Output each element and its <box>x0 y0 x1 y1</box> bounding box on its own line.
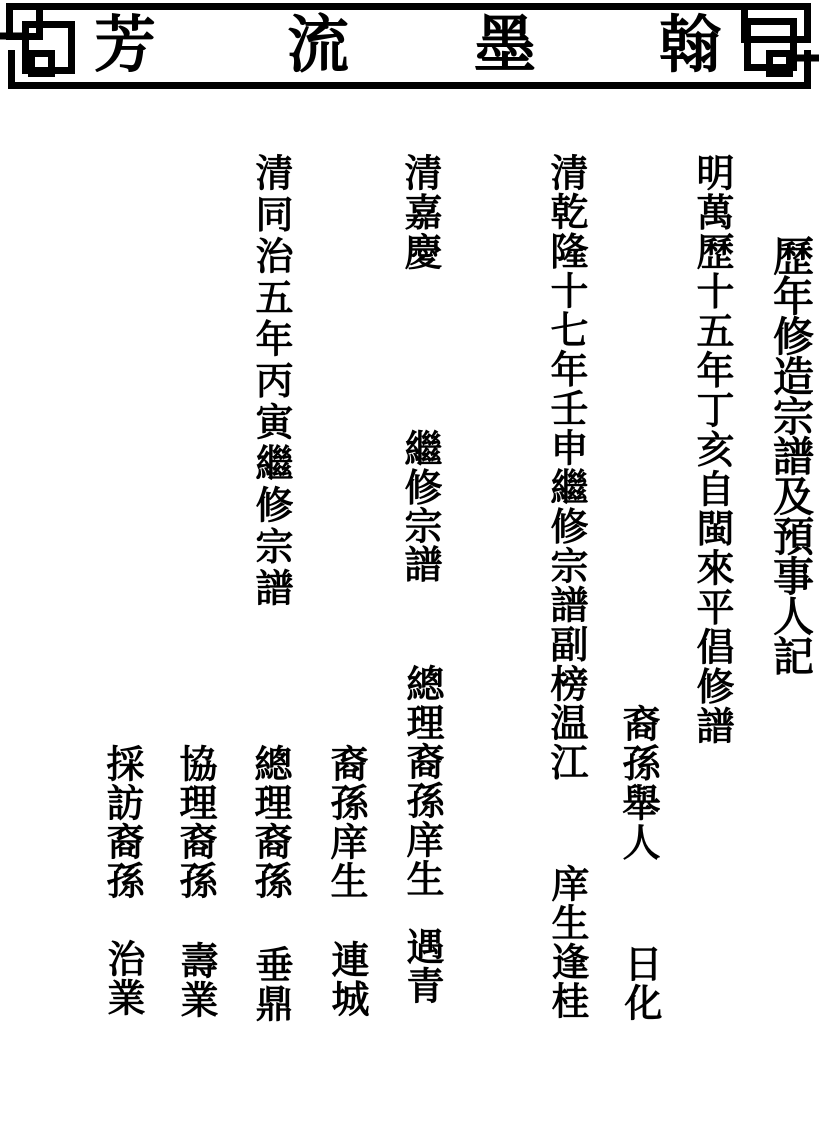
entry4-person1-role-column: 裔孫庠生 <box>318 744 373 900</box>
entry3-era-head-column: 清嘉慶 <box>392 153 447 272</box>
entry3-name-column: 遇青 <box>394 927 449 1005</box>
entry4-person2-name-column: 垂鼎 <box>243 945 298 1023</box>
entry2-era-column: 清乾隆十七年壬申繼修宗譜副榜温江 <box>538 153 593 782</box>
genealogy-page: 芳 流 墨 翰 歷年修造宗譜及預事人記 明萬歷十五年丁亥自閩來平倡修譜 裔孫舉人… <box>0 0 819 1147</box>
entry3-role-column: 總理裔孫庠生 <box>394 664 449 898</box>
entry1-name-column: 日化 <box>612 944 667 1022</box>
entry4-person4-role-column: 採訪裔孫 <box>94 744 149 900</box>
entry4-era-column: 清同治五年丙寅繼修宗譜 <box>243 153 298 610</box>
entry4-person4-name-column: 治業 <box>95 939 150 1017</box>
banner-char-mo: 墨 <box>474 10 536 82</box>
entry4-person3-name-column: 壽業 <box>168 941 223 1019</box>
entry3-era-cont-column: 繼修宗譜 <box>392 429 447 583</box>
banner-char-han: 翰 <box>659 10 721 82</box>
banner-char-fang: 芳 <box>94 10 156 82</box>
entry1-role-column: 裔孫舉人 <box>610 704 665 862</box>
section-heading-column: 歷年修造宗譜及預事人記 <box>761 235 819 675</box>
entry4-person1-name-column: 連城 <box>319 940 374 1018</box>
entry1-era-column: 明萬歷十五年丁亥自閩來平倡修譜 <box>684 153 739 746</box>
banner-char-liu: 流 <box>287 10 349 82</box>
entry4-person3-role-column: 協理裔孫 <box>167 744 222 900</box>
entry4-person2-role-column: 總理裔孫 <box>242 744 297 900</box>
entry2-name-column: 庠生逢桂 <box>539 864 594 1020</box>
banner: 芳 流 墨 翰 <box>0 0 819 96</box>
